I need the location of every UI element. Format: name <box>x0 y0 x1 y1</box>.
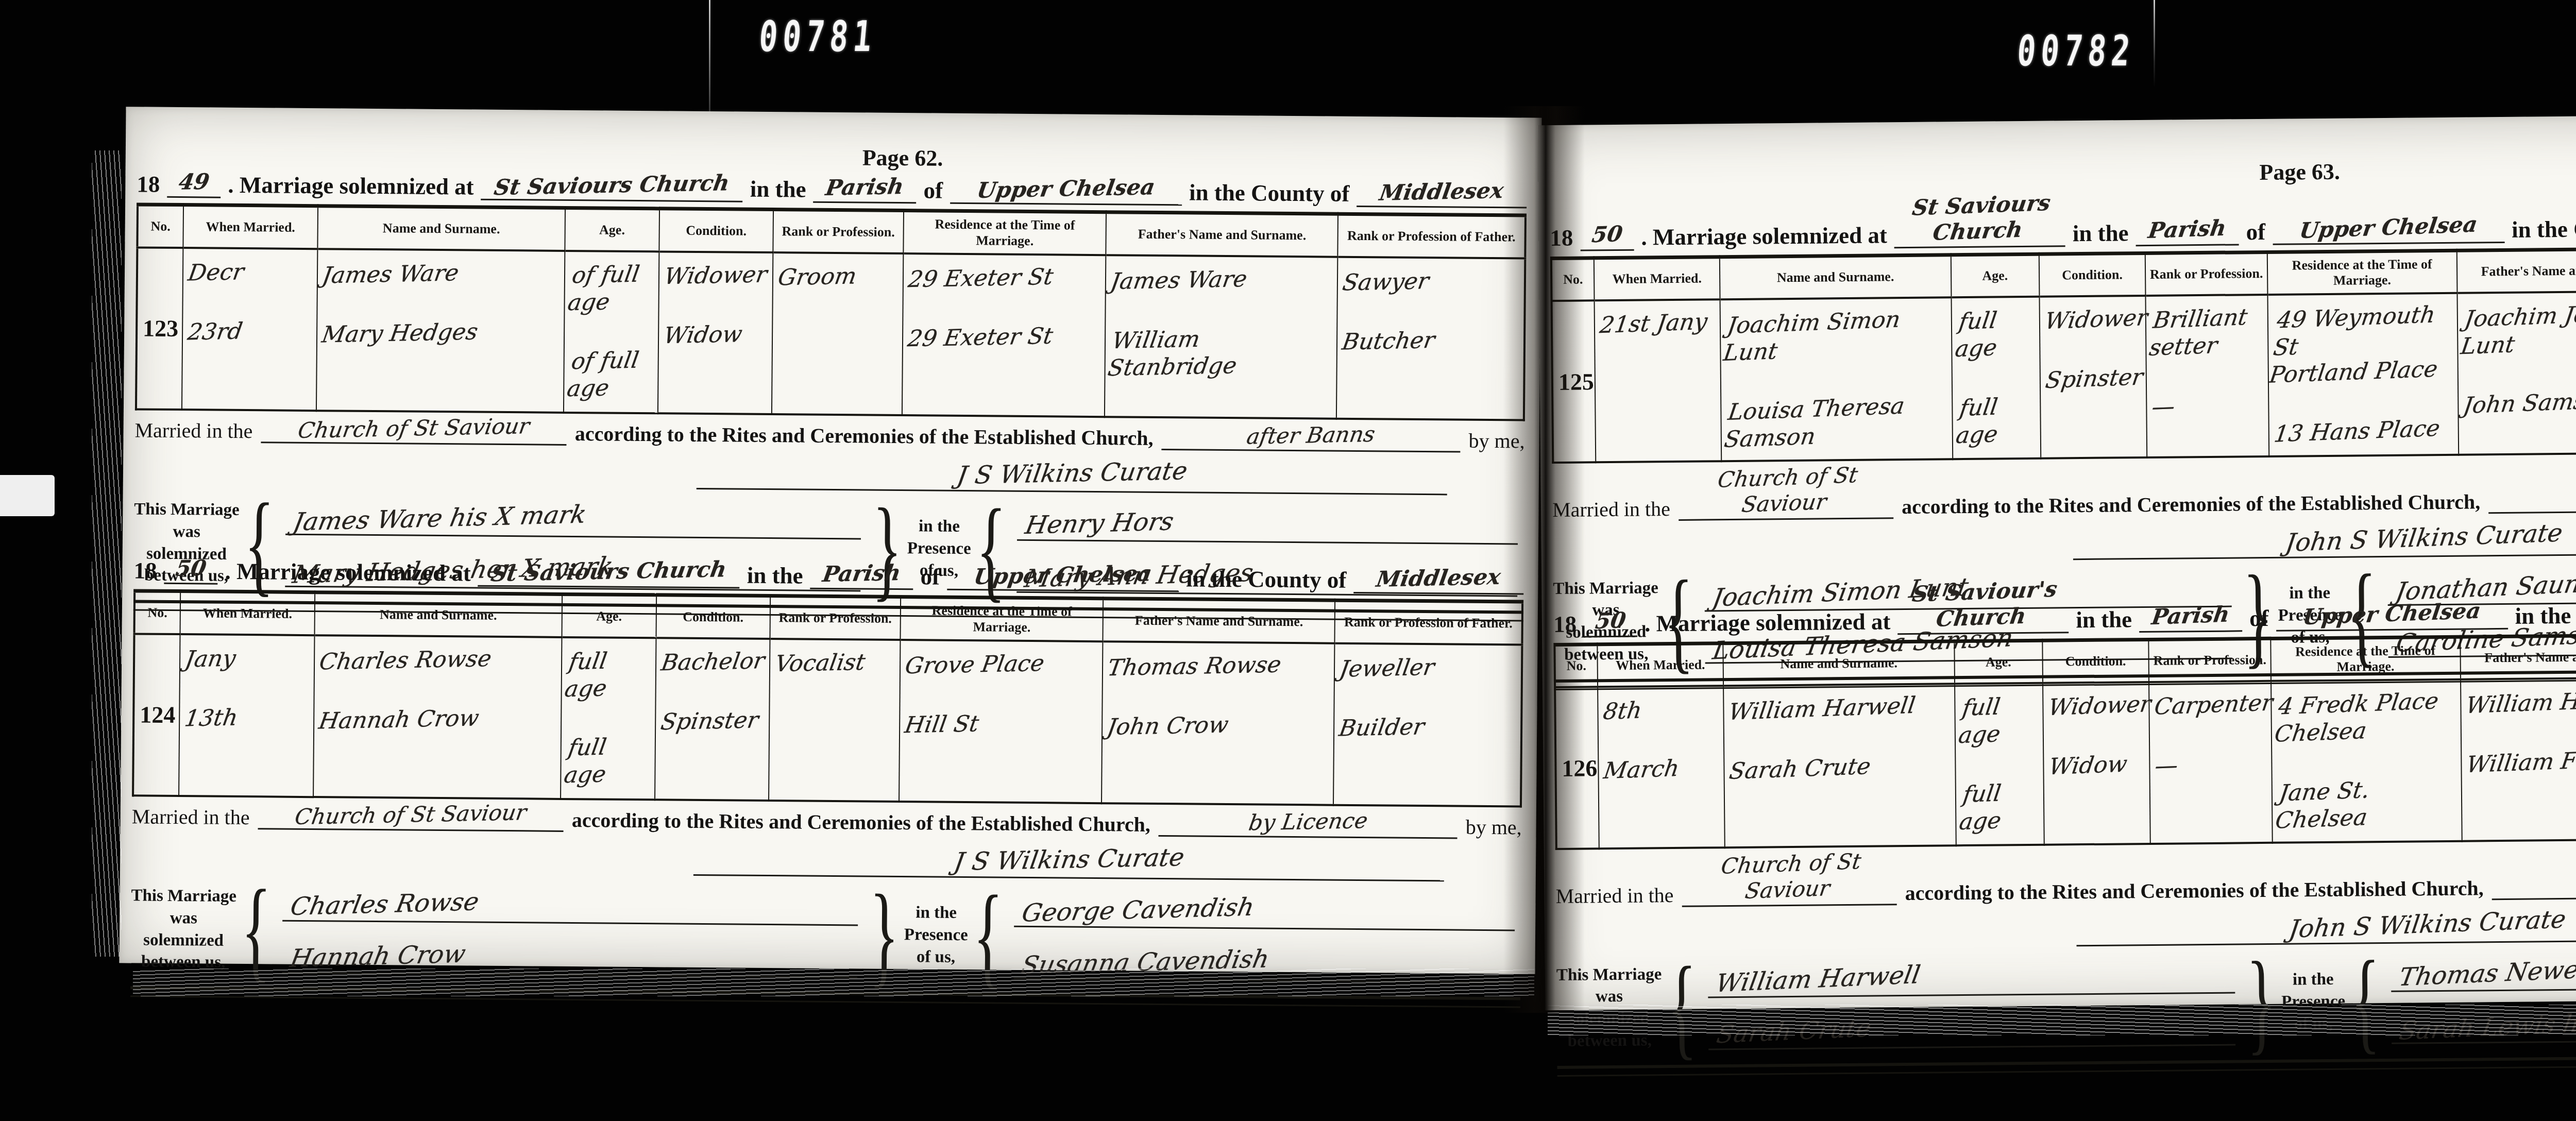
when-married-line1: Decr <box>186 258 314 287</box>
record-row: 123 Decr 23rd James Ware Mary Hedges of … <box>136 247 1525 420</box>
bride-profession <box>778 321 897 324</box>
father-name-cell: William Harwell William Finch <box>2461 677 2576 841</box>
area-type-blank: Parish <box>810 559 913 590</box>
groom-father-profession: Jeweller <box>1337 652 1518 683</box>
officiant-line: John S Wilkins Curate <box>2073 520 2576 559</box>
parish-name: Upper Chelsea <box>2298 212 2479 244</box>
married-in-line: Married in the Church of St Saviour acco… <box>1552 455 2576 522</box>
record-number: 123 <box>143 315 178 342</box>
married-in-section: Married in the Church of St Saviour acco… <box>1555 842 2576 1077</box>
groom-profession: Groom <box>776 262 900 292</box>
marriage-register-entry: 18 50 . Marriage solemnized at St Saviou… <box>130 554 1524 1008</box>
col-header-residence: Residence at the Time of Marriage. <box>2267 250 2457 295</box>
when-married-line2: 23rd <box>185 316 314 346</box>
col-header-residence: Residence at the Time of Marriage. <box>2270 637 2460 681</box>
bride-profession: — <box>2150 390 2265 421</box>
col-header-name: Name and Surname. <box>318 206 565 251</box>
condition-cell: Widower Spinster <box>2039 296 2147 458</box>
church-name: St Saviours Church <box>1895 190 2064 247</box>
col-header-no: No. <box>134 591 181 634</box>
age-cell: full age full age <box>1955 683 2044 845</box>
register-entry-126: 18 50 . Marriage solemnized at St Saviou… <box>1553 571 2576 1077</box>
bride-name: Sarah Crute <box>1727 750 1952 785</box>
year-blank: 50 <box>1584 607 1638 637</box>
title-text: . Marriage solemnized at <box>1645 608 1891 637</box>
married-in-the-label: Married in the <box>134 418 252 444</box>
father-name-cell: Thomas Rowse John Crow <box>1101 641 1334 805</box>
presence-line1: in the <box>904 902 968 924</box>
groom-condition: Widower <box>2046 691 2146 722</box>
county-label: in the County of <box>1189 179 1350 207</box>
area-type-blank: Parish <box>2136 215 2239 246</box>
church-name: St Saviours Church <box>489 556 728 587</box>
presence-line2: Presence <box>907 537 971 560</box>
col-header-age: Age. <box>1951 254 2039 297</box>
area-type: Parish <box>821 560 903 587</box>
married-church: Church of St Saviour <box>1680 461 1892 520</box>
bride-father-name: John Crow <box>1105 709 1331 741</box>
age-cell: full age full age <box>1951 297 2041 459</box>
col-header-father: Father's Name and Surname. <box>2460 635 2576 680</box>
groom-father-profession: Sawyer <box>1341 266 1521 297</box>
marriage-table: No. When Married. Name and Surname. Age.… <box>1553 632 2576 850</box>
groom-father-name: James Ware <box>1109 264 1334 295</box>
groom-residence: 4 Fredk Place Chelsea <box>2273 687 2459 748</box>
parish-blank: Upper Chelsea <box>2273 213 2504 245</box>
condition-cell: Bachelor Spinster <box>655 638 770 801</box>
county-label: in the County of <box>1186 566 1347 593</box>
page-stack-bottom-left <box>133 969 1534 996</box>
banns-blank: by Licence <box>1159 808 1458 839</box>
marriage-table: No. When Married. Name and Surname. Age.… <box>132 589 1523 808</box>
page-stack-left-edge <box>92 150 122 957</box>
col-header-no: No. <box>137 205 183 248</box>
groom-profession: Vocalist <box>773 649 897 678</box>
residence-cell: 49 Weymouth St Portland Place 13 Hans Pl… <box>2267 293 2458 456</box>
presence-line2: Presence <box>904 924 968 946</box>
brace-close-icon: } <box>869 889 900 980</box>
bride-profession: — <box>2154 749 2268 780</box>
record-number-cell: 124 <box>133 634 180 796</box>
when-married-line1: 21st Jany <box>1598 308 1717 339</box>
groom-residence: 29 Exeter St <box>906 263 1103 294</box>
condition-cell: Widower Widow <box>658 251 773 414</box>
register-page-62: Page 62. 18 49 . Marriage solemnized at … <box>120 107 1542 974</box>
col-header-when-married: When Married. <box>180 591 315 635</box>
area-type: Parish <box>2150 602 2231 631</box>
in-the-label: in the <box>2076 606 2132 633</box>
bride-father-name: William Stanbridge <box>1106 323 1336 382</box>
film-edge-notch <box>0 475 55 516</box>
col-header-age: Age. <box>565 208 659 251</box>
groom-signature: Charles Rowse <box>288 887 481 922</box>
year-blank: 50 <box>164 554 217 585</box>
banns-blank: after Banns <box>1162 421 1461 453</box>
col-header-rank: Rank or Profession. <box>770 596 901 640</box>
when-married-cell: Decr 23rd <box>182 248 318 411</box>
this-marriage-label: This Marriage was solemnized between us, <box>130 885 236 974</box>
church-blank: St Saviours Church <box>481 171 743 202</box>
area-type-blank: Parish <box>2139 602 2243 633</box>
witness-signature-1: Henry Hors <box>1023 507 1177 540</box>
bride-age: full age <box>1954 392 2039 449</box>
witness-1-line: Thomas Newell <box>2391 954 2576 992</box>
residence-cell: Grove Place Hill St <box>899 640 1103 803</box>
names-cell: James Ware Mary Hedges <box>316 249 565 413</box>
page-number: Page 63. <box>2259 159 2340 185</box>
profession-cell: Carpenter — <box>2149 681 2272 844</box>
parish-name: Upper Chelsea <box>2301 598 2483 631</box>
witness-signature-1: George Cavendish <box>1020 892 1257 928</box>
col-header-rank: Rank or Profession. <box>773 210 904 253</box>
groom-name: James Ware <box>320 258 562 290</box>
rites-label: according to the Rites and Ceremonies of… <box>1905 876 2484 905</box>
county-name: Middlesex <box>1375 564 1502 592</box>
bride-residence: 13 Hans Place <box>2272 414 2454 448</box>
col-header-residence: Residence at the Time of Marriage. <box>903 211 1106 255</box>
col-header-name: Name and Surname. <box>1723 641 1955 686</box>
when-married-cell: Jany 13th <box>179 634 315 797</box>
witness-1-line: George Cavendish <box>1014 892 1515 931</box>
banns-or-licence: after Banns <box>1245 421 1377 450</box>
col-header-father-rank: Rank or Profession of Father. <box>1335 601 1522 645</box>
county-label: in the County of <box>2515 601 2576 630</box>
bride-profession <box>775 707 894 710</box>
groom-father-name: Thomas Rowse <box>1106 650 1331 682</box>
father-name-cell: James Ware William Stanbridge <box>1105 255 1337 419</box>
microfilm-scan: { "film": { "frame_left": "00781", "fram… <box>0 0 2576 1121</box>
father-profession-cell: Sawyer Butcher <box>1336 257 1525 420</box>
county-name: Middlesex <box>1378 178 1505 206</box>
church-blank: St Saviours Church <box>478 557 740 589</box>
film-scratch <box>2154 0 2155 88</box>
col-header-father: Father's Name and Surname. <box>2456 248 2576 293</box>
officiant-line: J S Wilkins Curate <box>693 842 1444 881</box>
rites-label: according to the Rites and Ceremonies of… <box>572 808 1150 837</box>
bride-condition: Spinster <box>2044 364 2143 395</box>
in-the-label: in the <box>750 176 806 203</box>
groom-signature: William Harwell <box>1714 960 1922 999</box>
area-type-blank: Parish <box>813 173 916 204</box>
year-prefix: 18 <box>137 171 160 198</box>
residence-cell: 29 Exeter St 29 Exeter St <box>902 253 1106 417</box>
witness-signature-1: Thomas Newell <box>2397 955 2576 993</box>
year-handwritten: 50 <box>174 555 208 582</box>
parish-name: Upper Chelsea <box>975 174 1157 203</box>
col-header-age: Age. <box>562 595 656 638</box>
officiant-signature: John S Wilkins Curate <box>2287 905 2568 944</box>
profession-cell: Brilliant setter — <box>2146 295 2269 457</box>
film-frame-counter-right: 00782 <box>2015 27 2138 76</box>
bride-father-profession: Butcher <box>1340 325 1521 356</box>
officiant-line: John S Wilkins Curate <box>2076 907 2576 946</box>
profession-cell: Groom <box>772 252 904 415</box>
block-bottom-rule <box>1557 1055 2576 1077</box>
when-married-line2: 13th <box>182 703 311 733</box>
church-blank: St Saviours Church <box>1894 192 2065 248</box>
groom-profession: Carpenter <box>2153 690 2268 721</box>
county-blank: Middlesex <box>1353 564 1523 595</box>
rites-label: according to the Rites and Ceremonies of… <box>1902 489 2480 519</box>
col-header-when-married: When Married. <box>1594 257 1720 300</box>
col-header-residence: Residence at the Time of Marriage. <box>901 597 1104 641</box>
married-church-blank: Church of St Saviour <box>1682 850 1897 907</box>
bride-residence: 29 Exeter St <box>906 321 1102 352</box>
parish-blank: Upper Chelsea <box>947 560 1179 592</box>
names-cell: Joachim Simon Lunt Louisa Theresa Samson <box>1720 297 1953 461</box>
bride-name: Mary Hedges <box>320 317 561 349</box>
banns-blank: by Licence <box>2488 482 2576 514</box>
signatures-row: This Marriage was solemnized between us,… <box>1556 953 2576 1052</box>
title-text: . Marriage solemnized at <box>225 558 471 587</box>
names-cell: Charles Rowse Hannah Crow <box>313 635 562 799</box>
this-marriage-line1: This Marriage <box>134 498 240 521</box>
presence-line3: of us, <box>904 946 968 969</box>
officiant-signature: John S Wilkins Curate <box>2283 518 2564 558</box>
when-married-line1: 8th <box>1601 694 1720 726</box>
groom-age: full age <box>1953 306 2038 363</box>
groom-condition: Widower <box>662 261 769 291</box>
bride-age: of full age <box>565 347 657 403</box>
bride-condition: Widow <box>662 320 769 350</box>
header-row: No. When Married. Name and Surname. Age.… <box>1554 633 2576 687</box>
groom-signature-line: William Harwell <box>1708 959 2235 998</box>
marriage-register-entry: 18 49 . Marriage solemnized at St Saviou… <box>133 167 1527 621</box>
when-married-line2: March <box>1602 754 1721 785</box>
record-row: 125 21st Jany Joachim Simon Lunt Louisa … <box>1552 290 2576 463</box>
col-header-father: Father's Name and Surname. <box>1106 212 1338 257</box>
banns-or-licence: by Licence <box>1247 808 1369 836</box>
groom-residence: 49 Weymouth St Portland Place <box>2267 301 2458 389</box>
entry-title-line: 18 50 . Marriage solemnized at St Saviou… <box>1553 571 2576 638</box>
year-handwritten: 50 <box>1594 607 1628 635</box>
father-name-cell: Joachim Joseph Lunt John Samson <box>2457 291 2576 455</box>
year-handwritten: 49 <box>177 169 211 195</box>
year-prefix: 18 <box>133 557 157 584</box>
record-row: 126 8th March William Harwell Sarah Crut… <box>1555 676 2576 849</box>
col-header-when-married: When Married. <box>1597 643 1723 687</box>
married-in-the-label: Married in the <box>132 804 250 829</box>
this-marriage-line2: was <box>131 907 236 929</box>
married-in-line: Married in the Church of St Saviour acco… <box>1555 842 2576 908</box>
this-marriage-line3: solemnized <box>131 929 236 952</box>
col-header-rank: Rank or Profession. <box>2145 252 2267 296</box>
col-header-name: Name and Surname. <box>1720 255 1951 300</box>
county-label: in the County of <box>2512 215 2576 243</box>
area-type: Parish <box>2147 215 2228 244</box>
presence-line1: in the <box>2281 969 2345 991</box>
residence-cell: 4 Fredk Place Chelsea Jane St. Chelsea <box>2271 680 2462 843</box>
marriage-register-entry: 18 50 . Marriage solemnized at St Saviou… <box>1553 571 2576 1077</box>
of-label: of <box>2249 605 2269 632</box>
record-row: 124 Jany 13th Charles Rowse Hannah Crow … <box>133 634 1522 806</box>
col-header-when-married: When Married. <box>183 205 318 249</box>
when-married-cell: 21st Jany <box>1595 299 1722 462</box>
rites-label: according to the Rites and Ceremonies of… <box>575 421 1154 450</box>
title-text: . Marriage solemnized at <box>228 172 474 200</box>
groom-age: full age <box>1957 692 2042 750</box>
when-married-cell: 8th March <box>1598 686 1725 848</box>
bride-age: full age <box>562 733 654 789</box>
col-header-condition: Condition. <box>659 209 773 252</box>
church-name: St Saviours Church <box>493 170 732 200</box>
of-label: of <box>2246 218 2265 245</box>
groom-signature-line: James Ware his X mark <box>285 500 861 539</box>
year-handwritten: 50 <box>1590 221 1624 248</box>
col-header-age: Age. <box>1954 640 2043 684</box>
bride-condition: Spinster <box>659 707 766 736</box>
col-header-name: Name and Surname. <box>315 592 562 637</box>
register-page-63: Page 63. 18 50 . Marriage solemnized at … <box>1538 114 2576 1010</box>
officiant-line: J S Wilkins Curate <box>697 456 1447 495</box>
in-the-label: in the <box>747 562 803 589</box>
parish-blank: Upper Chelsea <box>950 174 1182 206</box>
year-blank: 49 <box>167 168 221 198</box>
age-cell: full age full age <box>561 637 656 800</box>
of-label: of <box>920 564 940 590</box>
page-stack-bottom-right <box>1548 1005 2576 1035</box>
record-number-cell: 123 <box>136 247 183 410</box>
groom-condition: Widower <box>2043 305 2143 336</box>
when-married-line2 <box>1600 367 1715 371</box>
year-blank: 50 <box>1580 220 1634 251</box>
groom-profession: Brilliant setter <box>2148 303 2266 362</box>
record-number: 124 <box>140 702 175 728</box>
film-frame-counter-left: 00781 <box>757 12 879 61</box>
marriage-table: No. When Married. Name and Surname. Age.… <box>135 203 1527 421</box>
register-entry-123: 18 49 . Marriage solemnized at St Saviou… <box>133 167 1527 621</box>
bride-residence: Hill St <box>903 708 1099 739</box>
marriage-table: No. When Married. Name and Surname. Age.… <box>1550 245 2576 464</box>
brace-open-icon: { <box>973 890 1003 981</box>
of-label: of <box>923 177 943 204</box>
married-church: Church of St Saviour <box>296 413 532 444</box>
bride-name: Hannah Crow <box>317 703 558 735</box>
col-header-father-rank: Rank or Profession of Father. <box>1338 214 1526 259</box>
groom-name: Charles Rowse <box>317 644 558 676</box>
married-church-blank: Church of St Saviour <box>261 414 567 446</box>
col-header-father: Father's Name and Surname. <box>1103 599 1335 643</box>
bride-father-name: John Samson <box>2461 385 2576 419</box>
married-church: Church of St Saviour <box>293 800 529 830</box>
bride-residence: Jane St. Chelsea <box>2274 774 2460 835</box>
groom-residence: Grove Place <box>903 649 1099 680</box>
when-married-line1: Jany <box>183 643 311 673</box>
entry-title-line: 18 50 . Marriage solemnized at St Saviou… <box>1550 185 2576 251</box>
condition-cell: Widower Widow <box>2043 682 2150 845</box>
married-church-blank: Church of St Saviour <box>1678 464 1893 520</box>
bride-condition: Widow <box>2047 750 2146 781</box>
married-church: Church of St Saviour <box>1683 847 1895 907</box>
this-marriage-line1: This Marriage <box>131 885 236 907</box>
book-gutter-shadow <box>1503 106 1585 1013</box>
register-entry-124: 18 50 . Marriage solemnized at St Saviou… <box>130 554 1524 1008</box>
in-the-label: in the <box>2073 219 2129 247</box>
parish-blank: Upper Chelsea <box>2276 599 2507 631</box>
area-type: Parish <box>824 174 906 201</box>
page-number: Page 62. <box>862 144 943 171</box>
groom-name: Joachim Simon Lunt <box>1722 304 1950 367</box>
church-name: St Saviour's Church <box>1899 576 2067 634</box>
presence-line1: in the <box>907 515 971 538</box>
county-blank: Middlesex <box>1357 177 1527 209</box>
entry-title-line: 18 49 . Marriage solemnized at St Saviou… <box>137 167 1527 209</box>
groom-age: of full age <box>566 261 657 317</box>
groom-father-name: William Harwell <box>2464 685 2576 720</box>
groom-age: full age <box>563 647 654 703</box>
groom-signature-line: Charles Rowse <box>282 887 858 926</box>
banns-blank: after Banns <box>2492 869 2576 900</box>
couple-signatures: Charles Rowse Hannah Crow <box>276 887 865 978</box>
title-text: . Marriage solemnized at <box>1641 222 1887 250</box>
col-header-condition: Condition. <box>656 595 770 639</box>
church-blank: St Saviour's Church <box>1897 578 2069 635</box>
col-header-condition: Condition. <box>2039 253 2146 297</box>
bride-father-profession: Builder <box>1337 711 1518 742</box>
bride-name: Louisa Theresa Samson <box>1723 391 1951 453</box>
bride-father-name: William Finch <box>2464 744 2576 778</box>
witness-1-line: Henry Hors <box>1017 506 1518 545</box>
groom-signature: James Ware his X mark <box>291 500 588 537</box>
col-header-condition: Condition. <box>2042 639 2149 683</box>
age-cell: of full age of full age <box>564 251 659 413</box>
names-cell: William Harwell Sarah Crute <box>1723 684 1956 847</box>
profession-cell: Vocalist <box>769 639 901 802</box>
groom-name: William Harwell <box>1727 691 1951 726</box>
groom-condition: Bachelor <box>659 648 766 677</box>
col-header-rank: Rank or Profession. <box>2149 638 2271 682</box>
presence-label: in the Presence of us, <box>904 902 968 969</box>
brace-open-icon: { <box>241 884 272 976</box>
groom-father-name: Joachim Joseph Lunt <box>2459 299 2576 361</box>
married-church-blank: Church of St Saviour <box>258 801 564 832</box>
this-marriage-line2: was <box>134 520 240 543</box>
bride-age: full age <box>1957 778 2042 836</box>
father-profession-cell: Jeweller Builder <box>1333 643 1522 806</box>
parish-name: Upper Chelsea <box>972 560 1154 590</box>
